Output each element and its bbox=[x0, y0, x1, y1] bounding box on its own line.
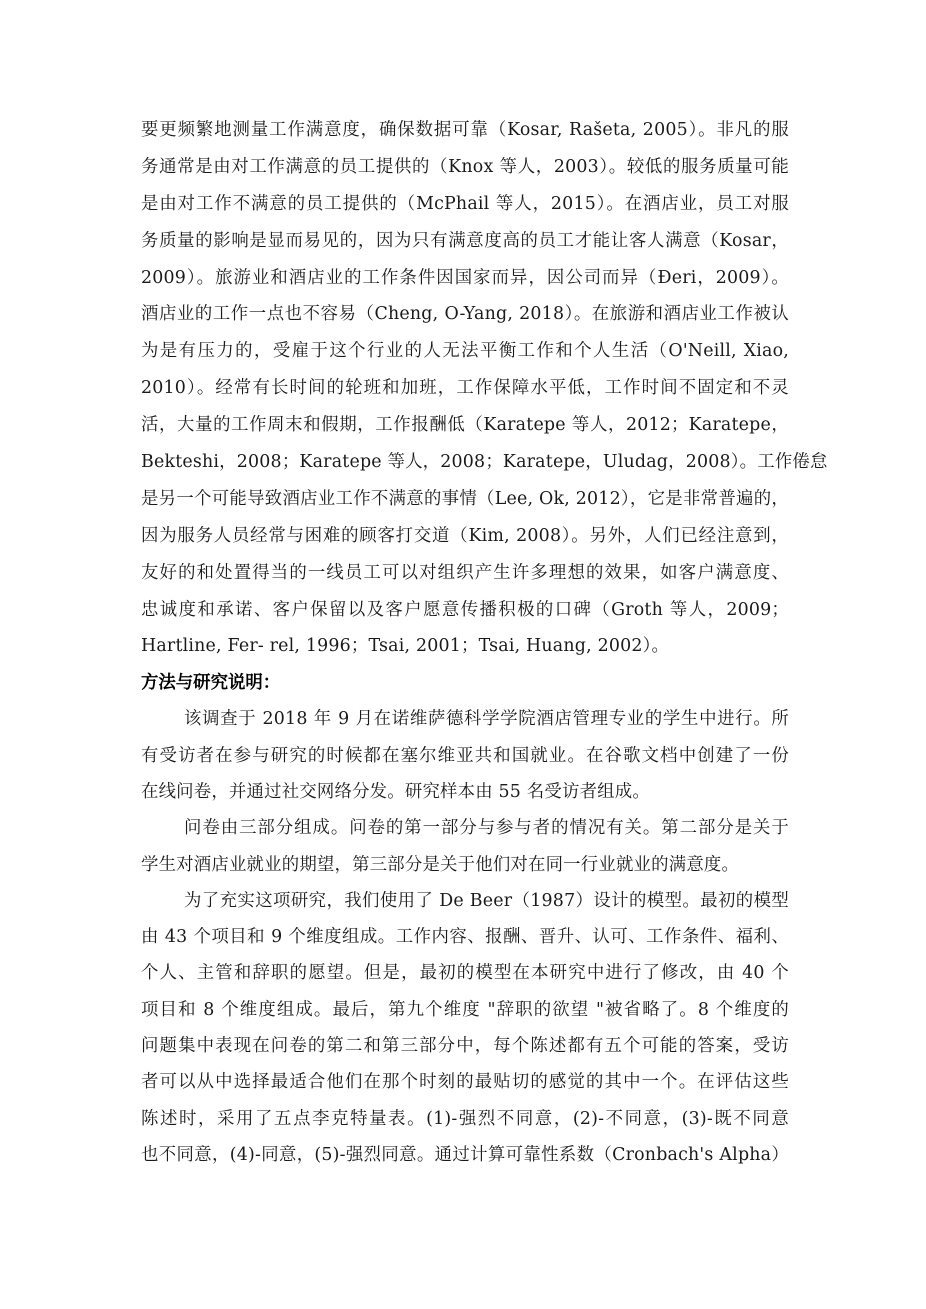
text-line: 在线问卷，并通过社交网络分发。研究样本由 55 名受访者组成。 bbox=[141, 774, 789, 810]
text-line: 学生对酒店业就业的期望，第三部分是关于他们对在同一行业就业的满意度。 bbox=[141, 847, 789, 883]
text-line: Hartline, Fer- rel, 1996；Tsai, 2001；Tsai… bbox=[141, 628, 789, 665]
text-line: 酒店业的工作一点也不容易（Cheng, O-Yang, 2018）。在旅游和酒店… bbox=[141, 296, 789, 333]
methods-paragraph-model: 为了充实这项研究，我们使用了 De Beer（1987）设计的模型。最初的模型 … bbox=[141, 883, 789, 1173]
text-line: 者可以从中选择最适合他们在那个时刻的最贴切的感觉的其中一个。在评估这些 bbox=[141, 1064, 789, 1100]
text-line: 个人、主管和辞职的愿望。但是，最初的模型在本研究中进行了修改，由 40 个 bbox=[141, 955, 789, 991]
methods-section: 该调查于 2018 年 9 月在诺维萨德科学学院酒店管理专业的学生中进行。所 有… bbox=[141, 701, 789, 1173]
text-line: Bekteshi，2008；Karatepe 等人，2008；Karatepe，… bbox=[141, 444, 789, 481]
section-heading: 方法与研究说明： bbox=[141, 665, 789, 701]
text-line: 问卷由三部分组成。问卷的第一部分与参与者的情况有关。第二部分是关于 bbox=[141, 810, 789, 846]
text-line: 有受访者在参与研究的时候都在塞尔维亚共和国就业。在谷歌文档中创建了一份 bbox=[141, 738, 789, 774]
text-line: 友好的和处置得当的一线员工可以对组织产生许多理想的效果，如客户满意度、 bbox=[141, 555, 789, 592]
text-line: 务质量的影响是显而易见的，因为只有满意度高的员工才能让客人满意（Kosar， bbox=[141, 223, 789, 260]
text-line: 也不同意，(4)-同意，(5)-强烈同意。通过计算可靠性系数（Cronbach'… bbox=[141, 1137, 789, 1173]
text-line: 活，大量的工作周末和假期，工作报酬低（Karatepe 等人，2012；Kara… bbox=[141, 407, 789, 444]
text-line: 2009）。旅游业和酒店业的工作条件因国家而异，因公司而异（Đeri，2009）… bbox=[141, 260, 789, 297]
text-line: 是由对工作不满意的员工提供的（McPhail 等人，2015）。在酒店业，员工对… bbox=[141, 186, 789, 223]
text-line: 问题集中表现在问卷的第二和第三部分中，每个陈述都有五个可能的答案，受访 bbox=[141, 1028, 789, 1064]
text-line: 忠诚度和承诺、客户保留以及客户愿意传播积极的口碑（Groth 等人，2009； bbox=[141, 592, 789, 629]
text-line: 为了充实这项研究，我们使用了 De Beer（1987）设计的模型。最初的模型 bbox=[141, 883, 789, 919]
intro-paragraph: 要更频繁地测量工作满意度，确保数据可靠（Kosar, Rašeta, 2005）… bbox=[141, 112, 789, 665]
text-line: 由 43 个项目和 9 个维度组成。工作内容、报酬、晋升、认可、工作条件、福利、 bbox=[141, 919, 789, 955]
document-page: 要更频繁地测量工作满意度，确保数据可靠（Kosar, Rašeta, 2005）… bbox=[141, 112, 789, 1173]
methods-paragraph-questionnaire: 问卷由三部分组成。问卷的第一部分与参与者的情况有关。第二部分是关于 学生对酒店业… bbox=[141, 810, 789, 883]
text-line: 为是有压力的，受雇于这个行业的人无法平衡工作和个人生活（O'Neill, Xia… bbox=[141, 333, 789, 370]
text-line: 陈述时，采用了五点李克特量表。(1)-强烈不同意，(2)-不同意，(3)-既不同… bbox=[141, 1101, 789, 1137]
text-line: 是另一个可能导致酒店业工作不满意的事情（Lee, Ok, 2012），它是非常普… bbox=[141, 481, 789, 518]
text-line: 2010）。经常有长时间的轮班和加班，工作保障水平低，工作时间不固定和不灵 bbox=[141, 370, 789, 407]
text-line: 因为服务人员经常与困难的顾客打交道（Kim, 2008）。另外，人们已经注意到， bbox=[141, 518, 789, 555]
text-line: 项目和 8 个维度组成。最后，第九个维度 "辞职的欲望 "被省略了。8 个维度的 bbox=[141, 992, 789, 1028]
text-line: 务通常是由对工作满意的员工提供的（Knox 等人，2003）。较低的服务质量可能 bbox=[141, 149, 789, 186]
methods-paragraph-survey: 该调查于 2018 年 9 月在诺维萨德科学学院酒店管理专业的学生中进行。所 有… bbox=[141, 701, 789, 810]
text-line: 该调查于 2018 年 9 月在诺维萨德科学学院酒店管理专业的学生中进行。所 bbox=[141, 701, 789, 737]
text-line: 要更频繁地测量工作满意度，确保数据可靠（Kosar, Rašeta, 2005）… bbox=[141, 112, 789, 149]
